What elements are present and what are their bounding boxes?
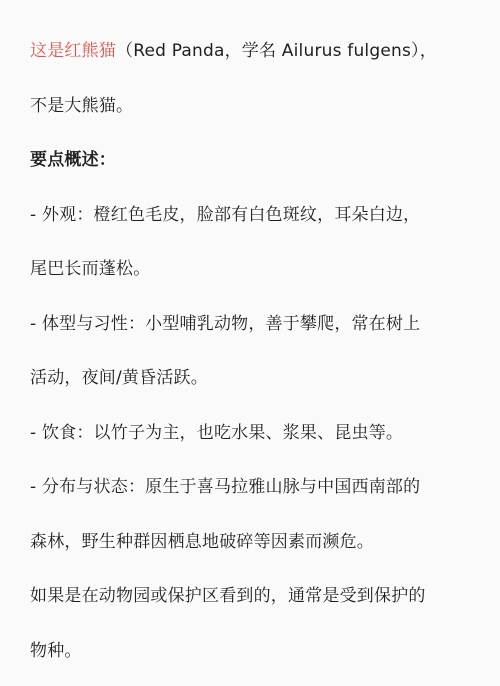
- point-body-habits: - 体型与习性：小型哺乳动物，善于攀爬，常在树上 活动，夜间/黄昏活跃。: [30, 297, 470, 406]
- intro-line-1-text: （Red Panda，学名 Ailurus fulgens），: [116, 41, 437, 61]
- intro-line-1: 这是红熊猫（Red Panda，学名 Ailurus fulgens），: [30, 24, 470, 79]
- chat-message: 这是红熊猫（Red Panda，学名 Ailurus fulgens）， 不是大…: [0, 0, 500, 686]
- point-line: 森林，野生种群因栖息地破碎等因素而濒危。: [30, 515, 470, 570]
- point-line: - 饮食：以竹子为主，也吃水果、浆果、昆虫等。: [30, 406, 470, 461]
- closing-line: 物种。: [30, 624, 470, 679]
- point-line: 活动，夜间/黄昏活跃。: [30, 351, 470, 406]
- point-line: 尾巴长而蓬松。: [30, 242, 470, 297]
- point-line: - 体型与习性：小型哺乳动物，善于攀爬，常在树上: [30, 297, 470, 352]
- point-line: - 外观：橙红色毛皮，脸部有白色斑纹，耳朵白边，: [30, 188, 470, 243]
- point-diet: - 饮食：以竹子为主，也吃水果、浆果、昆虫等。: [30, 406, 470, 461]
- closing-line: 如果是在动物园或保护区看到的，通常是受到保护的: [30, 569, 470, 624]
- intro-paragraph: 这是红熊猫（Red Panda，学名 Ailurus fulgens）， 不是大…: [30, 24, 470, 133]
- point-appearance: - 外观：橙红色毛皮，脸部有白色斑纹，耳朵白边， 尾巴长而蓬松。: [30, 188, 470, 297]
- intro-line-2: 不是大熊猫。: [30, 79, 470, 134]
- summary-heading: 要点概述：: [30, 133, 470, 188]
- point-distribution: - 分布与状态：原生于喜马拉雅山脉与中国西南部的 森林，野生种群因栖息地破碎等因…: [30, 460, 470, 569]
- point-line: - 分布与状态：原生于喜马拉雅山脉与中国西南部的: [30, 460, 470, 515]
- highlighted-phrase: 这是红熊猫: [30, 41, 116, 61]
- closing-paragraph: 如果是在动物园或保护区看到的，通常是受到保护的 物种。: [30, 569, 470, 678]
